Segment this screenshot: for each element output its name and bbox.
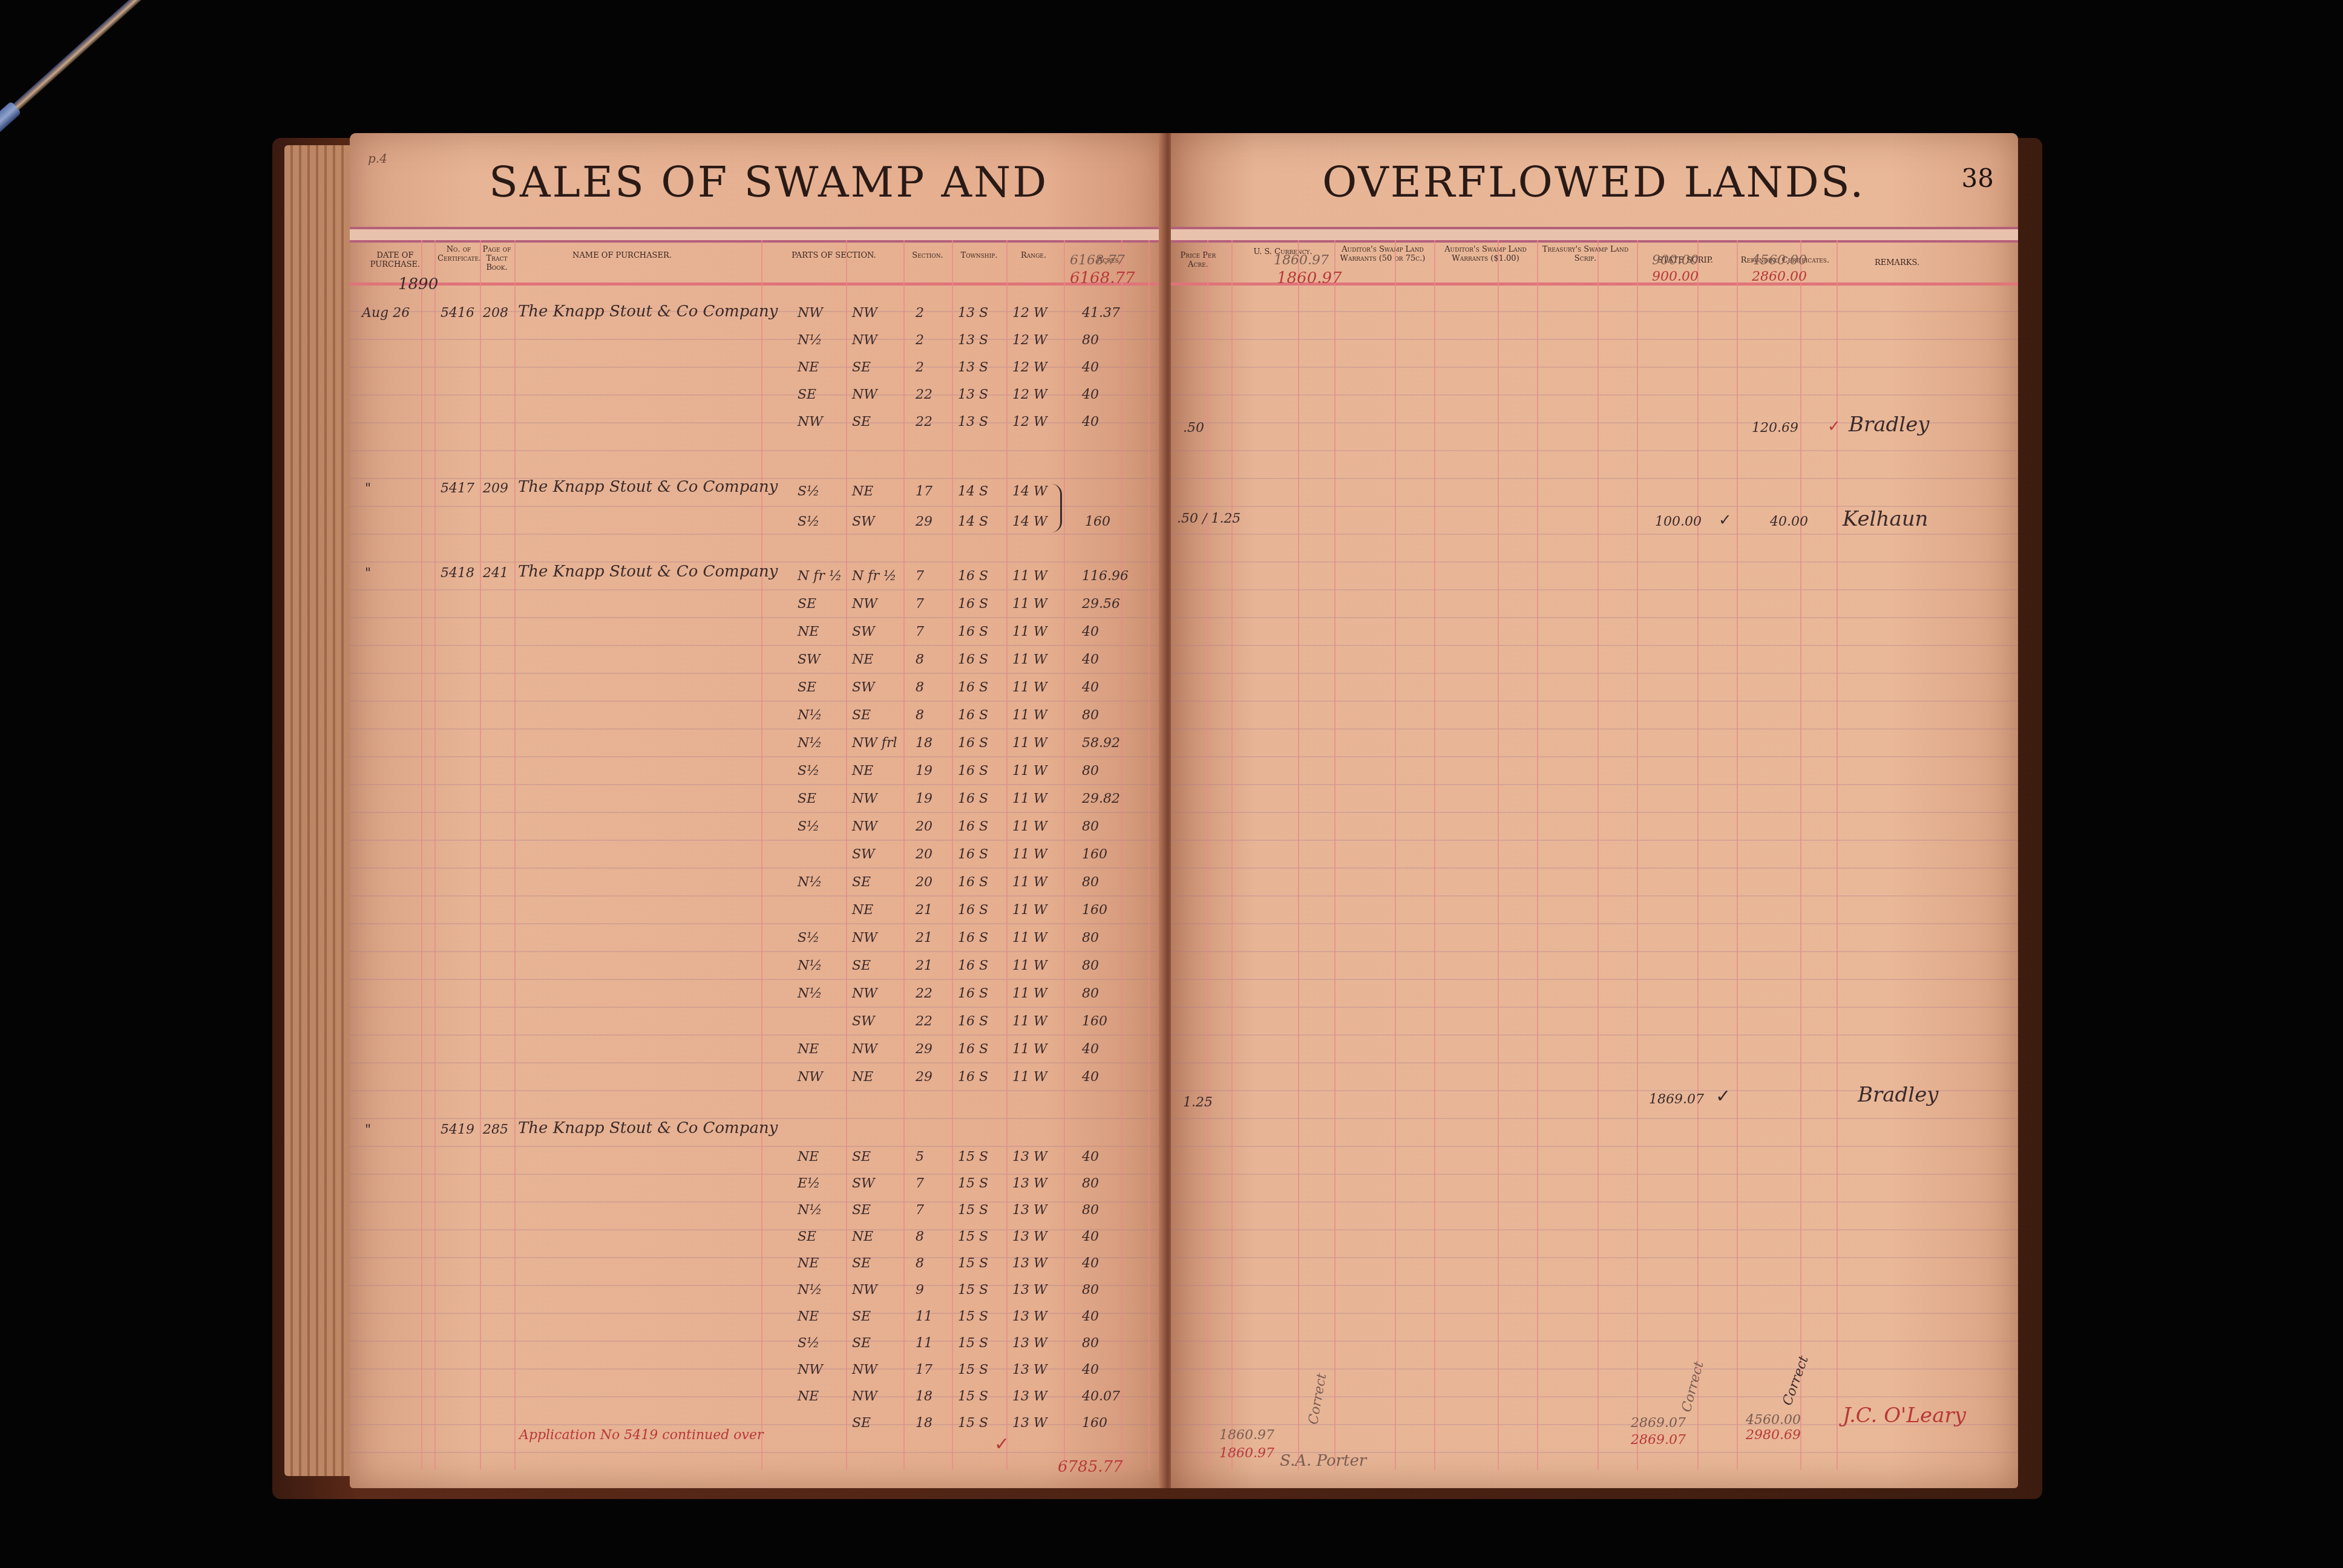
- price-per-acre: .50 / 1.25: [1177, 511, 1240, 526]
- part-b: NE: [852, 652, 873, 667]
- acres: 80: [1082, 1336, 1099, 1351]
- acres: 80: [1082, 708, 1099, 723]
- acres: 40: [1082, 652, 1099, 667]
- col-tract-page: Page of Tract Book.: [482, 245, 512, 272]
- check-mark: ✓: [1827, 417, 1841, 436]
- section: 8: [916, 1256, 924, 1271]
- section: 18: [916, 1416, 932, 1431]
- acres: 80: [1082, 958, 1099, 973]
- part-a: N½: [798, 736, 822, 751]
- acres: 40: [1082, 1042, 1099, 1057]
- part-a: S½: [798, 514, 819, 529]
- refunding-total-pencil: 4560.00: [1746, 1413, 1801, 1428]
- range: 13 W: [1012, 1309, 1047, 1324]
- acres: 41.37: [1082, 305, 1120, 321]
- part-b: NW: [852, 819, 877, 834]
- township: 16 S: [958, 930, 988, 946]
- part-a: NE: [798, 1042, 819, 1057]
- section: 5: [916, 1149, 924, 1165]
- purchaser-name: The Knapp Stout & Co Company: [518, 302, 778, 321]
- rule: [1334, 240, 1335, 1470]
- range: 11 W: [1012, 875, 1047, 890]
- part-a: N½: [798, 875, 822, 890]
- part-a: N½: [798, 986, 822, 1001]
- certificate-no: 5418: [441, 566, 474, 581]
- part-a: NE: [798, 1149, 819, 1165]
- acres: 80: [1082, 875, 1099, 890]
- township: 13 S: [958, 360, 988, 375]
- range: 12 W: [1012, 387, 1047, 402]
- range: 12 W: [1012, 414, 1047, 430]
- column-header-row: DATE OF PURCHASE. No. of Certificate. Pa…: [350, 240, 1167, 286]
- rule: [1597, 240, 1599, 1470]
- acres-forward-red: 6168.77: [1070, 269, 1135, 287]
- rule: [480, 240, 481, 1470]
- part-a: S½: [798, 819, 819, 834]
- acres: 80: [1082, 1203, 1099, 1218]
- acres: 40.07: [1082, 1389, 1120, 1404]
- range: 11 W: [1012, 1042, 1047, 1057]
- certificate-no: 5417: [441, 481, 474, 496]
- township: 16 S: [958, 958, 988, 973]
- remarks-signature: Bradley: [1858, 1083, 1938, 1107]
- range: 11 W: [1012, 1014, 1047, 1029]
- township: 16 S: [958, 875, 988, 890]
- township: 15 S: [958, 1176, 988, 1191]
- acres: 80: [1082, 333, 1099, 348]
- section: 22: [916, 387, 932, 402]
- section: 7: [916, 1203, 924, 1218]
- state-scrip-total-red: 2869.07: [1631, 1432, 1686, 1448]
- township: 16 S: [958, 624, 988, 639]
- section: 11: [916, 1336, 932, 1351]
- acres: 58.92: [1082, 736, 1120, 751]
- state-scrip-amount: 1869.07: [1649, 1092, 1704, 1107]
- rule: [1064, 240, 1065, 1470]
- part-a: NE: [798, 1389, 819, 1404]
- section: 18: [916, 736, 932, 751]
- section: 11: [916, 1309, 932, 1324]
- range: 14 W: [1012, 484, 1047, 499]
- section: 8: [916, 1229, 924, 1244]
- part-b: SE: [852, 360, 871, 375]
- acres: 40: [1082, 387, 1099, 402]
- section: 20: [916, 819, 932, 834]
- range: 13 W: [1012, 1282, 1047, 1298]
- tract-page: 208: [483, 305, 508, 321]
- township: 16 S: [958, 847, 988, 862]
- township: 16 S: [958, 903, 988, 918]
- part-b: NW: [852, 333, 877, 348]
- range: 12 W: [1012, 360, 1047, 375]
- us-currency-total-red: 1860.97: [1219, 1446, 1274, 1461]
- township: 16 S: [958, 680, 988, 695]
- acres: 40: [1082, 1309, 1099, 1324]
- red-check-mark: ✓: [994, 1434, 1009, 1455]
- range: 11 W: [1012, 596, 1047, 612]
- certificate-no: 5419: [441, 1122, 474, 1137]
- part-b: SE: [852, 1256, 871, 1271]
- township: 13 S: [958, 414, 988, 430]
- section: 22: [916, 414, 932, 430]
- part-a: SW: [798, 652, 821, 667]
- section: 8: [916, 652, 924, 667]
- township: 16 S: [958, 708, 988, 723]
- section: 7: [916, 596, 924, 612]
- part-a: SE: [798, 596, 816, 612]
- remarks-signature: Bradley: [1849, 413, 1929, 437]
- part-b: NW: [852, 596, 877, 612]
- range: 11 W: [1012, 652, 1047, 667]
- rule: [1637, 240, 1638, 1470]
- col-certificate: No. of Certificate.: [437, 245, 480, 263]
- part-a: E½: [798, 1176, 820, 1191]
- col-date: DATE OF PURCHASE.: [356, 251, 434, 269]
- township: 16 S: [958, 569, 988, 584]
- range: 11 W: [1012, 763, 1047, 779]
- part-b: SW: [852, 847, 875, 862]
- section: 7: [916, 569, 924, 584]
- part-a: S½: [798, 484, 819, 499]
- refunding-forward-pencil: 4560.00: [1752, 253, 1807, 268]
- rule: [1537, 240, 1538, 1470]
- part-a: S½: [798, 930, 819, 946]
- section: 21: [916, 958, 932, 973]
- rule: [1006, 240, 1008, 1470]
- col-township: Township.: [952, 251, 1006, 260]
- part-b: NW: [852, 1389, 877, 1404]
- range: 11 W: [1012, 903, 1047, 918]
- acres: 160: [1082, 1014, 1107, 1029]
- range: 11 W: [1012, 819, 1047, 834]
- range: 11 W: [1012, 569, 1047, 584]
- part-b: SE: [852, 414, 871, 430]
- purchaser-name: The Knapp Stout & Co Company: [518, 563, 778, 581]
- rule: [761, 240, 762, 1470]
- rule: [1121, 240, 1122, 1470]
- acres: 80: [1082, 1282, 1099, 1298]
- part-a: NW: [798, 1362, 823, 1377]
- part-a: NE: [798, 1256, 819, 1271]
- col-auditor-100: Auditor's Swamp Land Warrants ($1.00): [1437, 245, 1534, 263]
- section: 7: [916, 1176, 924, 1191]
- range: 11 W: [1012, 708, 1047, 723]
- section: 17: [916, 1362, 932, 1377]
- right-page: OVERFLOWED LANDS. 38 Price Per Acre. U. …: [1171, 133, 2018, 1488]
- acres: 80: [1082, 819, 1099, 834]
- col-section: Section.: [903, 251, 952, 260]
- range: 11 W: [1012, 680, 1047, 695]
- part-b: SW: [852, 624, 875, 639]
- part-b: NE: [852, 1229, 873, 1244]
- part-a: SE: [798, 680, 816, 695]
- township: 16 S: [958, 652, 988, 667]
- township: 16 S: [958, 1070, 988, 1085]
- continuation-note: Application No 5419 continued over: [519, 1428, 764, 1443]
- range: 11 W: [1012, 958, 1047, 973]
- section: 22: [916, 986, 932, 1001]
- purchase-date: Aug 26: [362, 305, 410, 321]
- part-b: SE: [852, 875, 871, 890]
- us-currency-forward-pencil: 1860.97: [1274, 253, 1329, 268]
- section: 7: [916, 624, 924, 639]
- acres: 80: [1082, 763, 1099, 779]
- range: 13 W: [1012, 1256, 1047, 1271]
- tract-page: 209: [483, 481, 508, 496]
- part-b: SE: [852, 1149, 871, 1165]
- part-a: N fr ½: [798, 569, 842, 584]
- acres: 40: [1082, 1229, 1099, 1244]
- section: 2: [916, 333, 924, 348]
- part-b: NE: [852, 484, 873, 499]
- township: 15 S: [958, 1282, 988, 1298]
- page-stack-edge: [284, 145, 357, 1476]
- acres: 40: [1082, 624, 1099, 639]
- rule: [1149, 240, 1150, 1470]
- price-per-acre: .50: [1183, 420, 1204, 436]
- range: 13 W: [1012, 1203, 1047, 1218]
- refunding-amount: 40.00: [1770, 514, 1808, 529]
- rule: [1697, 240, 1699, 1470]
- part-a: N½: [798, 958, 822, 973]
- check-mark: ✓: [1715, 1086, 1731, 1107]
- col-treasury-scrip: Treasury's Swamp Land Scrip.: [1540, 245, 1631, 263]
- township: 15 S: [958, 1362, 988, 1377]
- metal-spatula: [0, 0, 231, 146]
- part-b: SE: [852, 958, 871, 973]
- acres: 160: [1082, 847, 1107, 862]
- range: 11 W: [1012, 791, 1047, 806]
- part-a: SE: [798, 791, 816, 806]
- part-b: NW: [852, 1042, 877, 1057]
- section: 2: [916, 360, 924, 375]
- part-b: SE: [852, 708, 871, 723]
- tract-page: 241: [483, 566, 508, 581]
- range: 13 W: [1012, 1176, 1047, 1191]
- section: 17: [916, 484, 932, 499]
- part-b: SE: [852, 1416, 871, 1431]
- township: 16 S: [958, 986, 988, 1001]
- part-a: NE: [798, 1309, 819, 1324]
- part-b: SW: [852, 514, 875, 529]
- rule: [903, 240, 905, 1470]
- refunding-total-red: 2980.69: [1746, 1428, 1801, 1443]
- range: 11 W: [1012, 624, 1047, 639]
- acres: 80: [1082, 1176, 1099, 1191]
- final-signature: J.C. O'Leary: [1843, 1403, 1966, 1428]
- section: 18: [916, 1389, 932, 1404]
- rule: [434, 240, 436, 1470]
- range: 11 W: [1012, 1070, 1047, 1085]
- township: 16 S: [958, 819, 988, 834]
- section: 19: [916, 791, 932, 806]
- township: 15 S: [958, 1389, 988, 1404]
- section: 19: [916, 763, 932, 779]
- part-a: NW: [798, 414, 823, 430]
- acres: 116.96: [1082, 569, 1129, 584]
- township: 14 S: [958, 484, 988, 499]
- township: 14 S: [958, 514, 988, 529]
- acres: 40: [1082, 1362, 1099, 1377]
- section: 22: [916, 1014, 932, 1029]
- price-per-acre: 1.25: [1183, 1095, 1213, 1110]
- part-b: NE: [852, 763, 873, 779]
- remarks-signature: Kelhaun: [1843, 507, 1928, 531]
- part-a: SE: [798, 1229, 816, 1244]
- auditor-signature: S.A. Porter: [1280, 1452, 1366, 1470]
- purchaser-name: The Knapp Stout & Co Company: [518, 1119, 778, 1137]
- part-a: NW: [798, 305, 823, 321]
- purchase-date: ": [365, 1122, 371, 1137]
- part-a: N½: [798, 1203, 822, 1218]
- page-number: 38: [1962, 163, 1994, 193]
- range: 11 W: [1012, 736, 1047, 751]
- township: 15 S: [958, 1203, 988, 1218]
- part-b: SE: [852, 1203, 871, 1218]
- col-price: Price Per Acre.: [1177, 251, 1219, 269]
- township: 15 S: [958, 1149, 988, 1165]
- township: 16 S: [958, 791, 988, 806]
- acres: 29.82: [1082, 791, 1120, 806]
- refunding-forward-red: 2860.00: [1752, 269, 1807, 284]
- township: 13 S: [958, 387, 988, 402]
- township: 16 S: [958, 1014, 988, 1029]
- part-b: NW: [852, 1362, 877, 1377]
- part-a: N½: [798, 708, 822, 723]
- section: 21: [916, 930, 932, 946]
- tract-page: 285: [483, 1122, 508, 1137]
- section: 29: [916, 1042, 932, 1057]
- part-a: N½: [798, 333, 822, 348]
- check-mark: ✓: [1719, 511, 1732, 529]
- rule: [1800, 240, 1801, 1470]
- section: 20: [916, 847, 932, 862]
- part-b: SW: [852, 1176, 875, 1191]
- page-title-left: SALES OF SWAMP AND: [489, 157, 1048, 207]
- part-b: SE: [852, 1336, 871, 1351]
- section: 29: [916, 514, 932, 529]
- rule: [1737, 240, 1738, 1470]
- part-b: SE: [852, 1309, 871, 1324]
- page-title-right: OVERFLOWED LANDS.: [1322, 157, 1866, 207]
- year: 1890: [398, 275, 438, 293]
- purchaser-name: The Knapp Stout & Co Company: [518, 478, 778, 496]
- part-a: S½: [798, 763, 819, 779]
- rule: [514, 240, 516, 1470]
- left-page: p.4 SALES OF SWAMP AND DATE OF PURCHASE.…: [350, 133, 1167, 1488]
- state-scrip-forward-red: 900.00: [1652, 269, 1699, 284]
- state-scrip-amount: 100.00: [1655, 514, 1702, 529]
- col-purchaser: NAME OF PURCHASER.: [531, 251, 713, 260]
- part-b: SW: [852, 680, 875, 695]
- part-a: S½: [798, 1336, 819, 1351]
- rule: [952, 240, 953, 1470]
- part-b: NE: [852, 1070, 873, 1085]
- purchase-date: ": [365, 566, 371, 581]
- range: 13 W: [1012, 1336, 1047, 1351]
- part-b: NW: [852, 986, 877, 1001]
- refunding-amount: 120.69: [1752, 420, 1798, 436]
- part-b: NW: [852, 1282, 877, 1298]
- rule: [1498, 240, 1499, 1470]
- part-a: N½: [798, 1282, 822, 1298]
- township: 15 S: [958, 1416, 988, 1431]
- acres: 40: [1082, 680, 1099, 695]
- acres: 29.56: [1082, 596, 1120, 612]
- part-a: NW: [798, 1070, 823, 1085]
- part-b: NW: [852, 387, 877, 402]
- state-scrip-forward-pencil: 900.00: [1652, 253, 1699, 268]
- range: 12 W: [1012, 305, 1047, 321]
- township: 13 S: [958, 305, 988, 321]
- part-a: NE: [798, 624, 819, 639]
- range: 13 W: [1012, 1149, 1047, 1165]
- part-b: SW: [852, 1014, 875, 1029]
- part-a: SE: [798, 387, 816, 402]
- part-b: NW: [852, 930, 877, 946]
- section: 2: [916, 305, 924, 321]
- acres: 40: [1082, 360, 1099, 375]
- purchase-date: ": [365, 481, 371, 496]
- col-auditor-50-75: Auditor's Swamp Land Warrants (50 or 75c…: [1334, 245, 1431, 263]
- section: 21: [916, 903, 932, 918]
- rule: [1207, 240, 1208, 1470]
- part-b: NW: [852, 305, 877, 321]
- rule: [1298, 240, 1299, 1470]
- acres: 80: [1082, 986, 1099, 1001]
- acres: 40: [1082, 1149, 1099, 1165]
- col-range: Range.: [1006, 251, 1061, 260]
- us-currency-total-pencil: 1860.97: [1219, 1428, 1274, 1443]
- acres: 160: [1082, 903, 1107, 918]
- rule: [1231, 240, 1233, 1470]
- col-parts: PARTS OF SECTION.: [773, 251, 894, 260]
- acres: 40: [1082, 414, 1099, 430]
- certificate-no: 5416: [441, 305, 474, 321]
- part-b: NW: [852, 791, 877, 806]
- rule: [1434, 240, 1435, 1470]
- range: 11 W: [1012, 986, 1047, 1001]
- range: 13 W: [1012, 1229, 1047, 1244]
- range: 11 W: [1012, 847, 1047, 862]
- section: 8: [916, 680, 924, 695]
- range: 14 W: [1012, 514, 1047, 529]
- part-a: NE: [798, 360, 819, 375]
- acres: 160: [1082, 1416, 1107, 1431]
- township: 15 S: [958, 1309, 988, 1324]
- township: 16 S: [958, 763, 988, 779]
- range: 13 W: [1012, 1362, 1047, 1377]
- pencil-mark: p.4: [368, 151, 387, 166]
- acres: 80: [1082, 930, 1099, 946]
- section: 8: [916, 708, 924, 723]
- township: 15 S: [958, 1336, 988, 1351]
- rule: [421, 240, 422, 1470]
- section: 29: [916, 1070, 932, 1085]
- range: 12 W: [1012, 333, 1047, 348]
- range: 11 W: [1012, 930, 1047, 946]
- state-scrip-total-pencil: 2869.07: [1631, 1416, 1686, 1431]
- acres: 40: [1082, 1070, 1099, 1085]
- section: 9: [916, 1282, 924, 1298]
- rule: [1395, 240, 1396, 1470]
- township: 16 S: [958, 1042, 988, 1057]
- brace: [1052, 484, 1062, 532]
- range: 13 W: [1012, 1389, 1047, 1404]
- col-remarks: REMARKS.: [1837, 258, 1958, 267]
- part-b: NE: [852, 903, 873, 918]
- township: 16 S: [958, 596, 988, 612]
